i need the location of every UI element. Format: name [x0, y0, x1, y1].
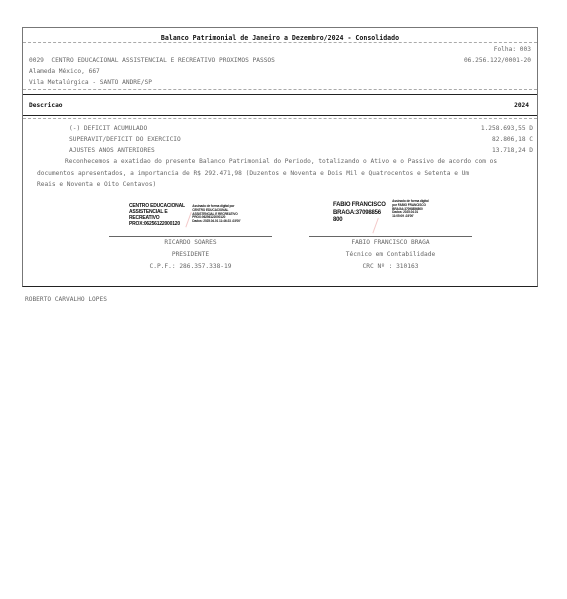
row-label-deficit-acumulado: (-) DEFICIT ACUMULADO [69, 125, 147, 132]
company-line: 0029 CENTRO EDUCACIONAL ASSISTENCIAL E R… [29, 57, 275, 64]
column-year: 2024 [514, 102, 529, 109]
company-cnpj: 06.256.122/0001-20 [464, 57, 531, 64]
row-value-superavit-deficit: 82.806,18 C [492, 136, 533, 143]
stamp2-info-line: 11:05:09 -03'00' [392, 215, 428, 219]
row-label-superavit-deficit: SUPERAVIT/DEFICIT DO EXERCICIO [69, 136, 181, 143]
signer-2-document: CRC Nº : 310163 [309, 261, 472, 273]
column-description: Descricao [29, 102, 63, 109]
statement-line-2: documentos apresentados, a importancia d… [37, 170, 469, 177]
company-code: 0029 [29, 57, 44, 64]
table-header-divider-dotted [23, 118, 537, 119]
signer-1-document: C.P.F.: 286.357.338-19 [109, 261, 272, 273]
signer-2-role: Técnico em Contabilidade [309, 249, 472, 261]
row-label-ajustes: AJUSTES ANOS ANTERIORES [69, 147, 155, 154]
row-value-deficit-acumulado: 1.258.693,55 D [481, 125, 533, 132]
balance-sheet-page: Balanco Patrimonial de Janeiro a Dezembr… [22, 27, 538, 287]
signer-1-name: RICARDO SOARES [109, 237, 272, 249]
address-city: Vila Metalúrgica - SANTO ANDRE/SP [29, 79, 152, 86]
footer-person: ROBERTO CARVALHO LOPES [25, 296, 107, 303]
signer-2-name: FABIO FRANCISCO BRAGA [309, 237, 472, 249]
digital-signature-stamp-2: FABIO FRANCISCO BRAGA:37098856 800 Assin… [333, 200, 429, 225]
statement-line-3: Reais e Noventa e Oito Centavos) [37, 181, 156, 188]
table-header-divider [23, 115, 537, 116]
sheet-number: Folha: 003 [494, 46, 531, 53]
signer-1-role: PRESIDENTE [109, 249, 272, 261]
signer-2: FABIO FRANCISCO BRAGA Técnico em Contabi… [309, 237, 472, 273]
stamp2-name-line: FABIO FRANCISCO [333, 202, 386, 210]
statement-line-1: Reconhecemos a exatidao do presente Bala… [65, 158, 497, 165]
address-divider [23, 89, 537, 90]
stamp1-info-line: Dados: 2025.04.01 11:46:23 -03'00' [192, 220, 240, 224]
stamp2-name-line: BRAGA:37098856 [333, 210, 386, 218]
digital-signature-stamp-1: CENTRO EDUCACIONAL ASSISTENCIAL E RECREA… [129, 203, 241, 227]
address-street: Alameda México, 667 [29, 68, 100, 75]
signer-1: RICARDO SOARES PRESIDENTE C.P.F.: 286.35… [109, 237, 272, 273]
title-divider [23, 42, 537, 43]
stamp1-name-line: PROX:06256122000120 [129, 221, 185, 227]
header-divider [23, 94, 537, 95]
company-name: CENTRO EDUCACIONAL ASSISTENCIAL E RECREA… [51, 57, 275, 64]
report-title: Balanco Patrimonial de Janeiro a Dezembr… [23, 34, 537, 42]
row-value-ajustes: 13.718,24 D [492, 147, 533, 154]
